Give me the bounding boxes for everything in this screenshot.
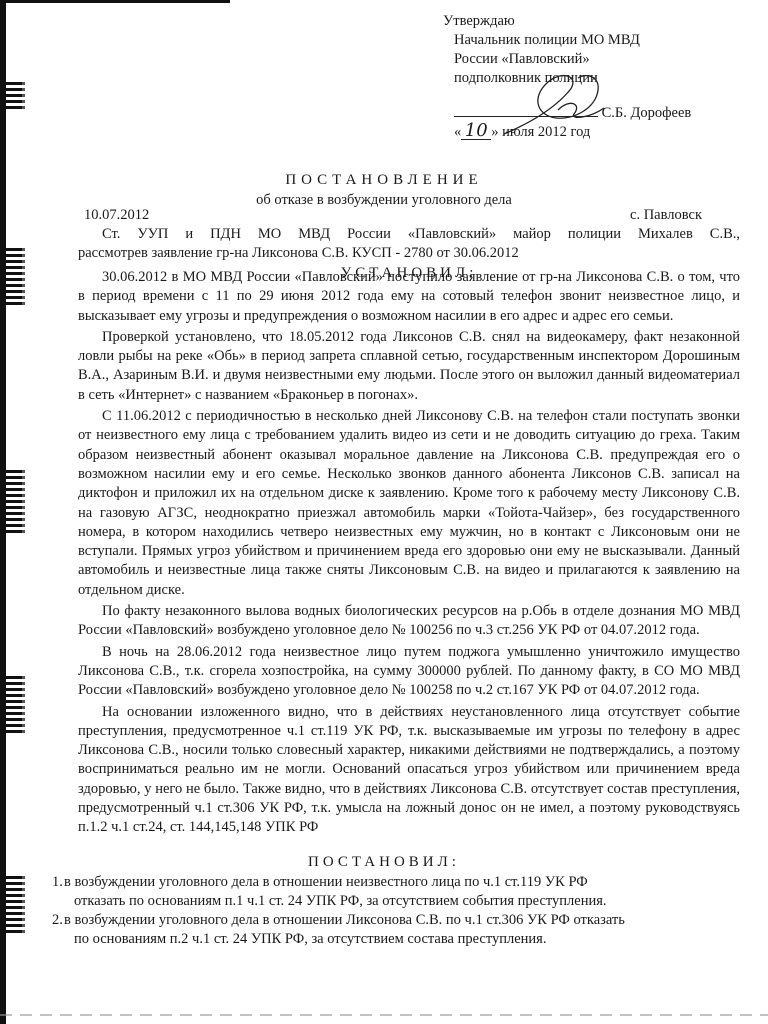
- resolved-heading: ПОСТАНОВИЛ:: [0, 854, 768, 871]
- scan-artifact: [3, 248, 25, 368]
- approval-day-handwritten: 10: [461, 123, 491, 140]
- quote-close: »: [491, 124, 498, 140]
- paragraph: Проверкой установлено, что 18.05.2012 го…: [78, 328, 740, 405]
- paragraph: По факту незаконного вылова водных биоло…: [78, 602, 740, 641]
- resolution-number: 2.: [52, 911, 64, 949]
- paragraph: С 11.06.2012 с периодичностью в нескольк…: [78, 407, 740, 600]
- document-date: 10.07.2012: [84, 207, 149, 224]
- intro-line2: рассмотрев заявление гр-на Ликсонова С.В…: [78, 244, 740, 263]
- findings-text: 30.06.2012 в МО МВД России «Павловский» …: [78, 268, 740, 838]
- paragraph: 30.06.2012 в МО МВД России «Павловский» …: [78, 268, 740, 326]
- resolution-line: в возбуждении уголовного дела в отношени…: [64, 873, 742, 892]
- paragraph: На основании изложенного видно, что в де…: [78, 703, 740, 838]
- approver-position-line2: России «Павловский»: [443, 50, 691, 69]
- approval-word: Утверждаю: [443, 12, 691, 31]
- scan-edge-top: [0, 0, 230, 3]
- scan-artifact: [3, 676, 25, 796]
- scan-artifact: [3, 470, 25, 600]
- document-title: ПОСТАНОВЛЕНИЕ: [0, 172, 768, 189]
- date-place-row: 10.07.2012 с. Павловск: [84, 207, 702, 224]
- resolution-line: в возбуждении уголовного дела в отношени…: [64, 911, 742, 930]
- document-place: с. Павловск: [630, 207, 702, 224]
- scan-artifact: [3, 876, 25, 996]
- scan-artifact: [3, 82, 25, 122]
- paragraph: В ночь на 28.06.2012 года неизвестное ли…: [78, 643, 740, 701]
- intro-line1: Ст. УУП и ПДН МО МВД России «Павловский»…: [78, 225, 740, 244]
- resolution-item: 2. в возбуждении уголовного дела в отнош…: [52, 911, 742, 949]
- resolution-line: отказать по основаниям п.1 ч.1 ст. 24 УП…: [64, 892, 742, 911]
- scan-artifact-bottom: [0, 1014, 768, 1016]
- resolution-item: 1. в возбуждении уголовного дела в отнош…: [52, 873, 742, 911]
- quote-open: «: [454, 124, 461, 140]
- resolution-list: 1. в возбуждении уголовного дела в отнош…: [52, 873, 742, 949]
- signer-name: С.Б. Дорофеев: [602, 105, 692, 121]
- handwritten-signature-icon: [500, 68, 610, 138]
- resolution-line: по основаниям п.2 ч.1 ст. 24 УПК РФ, за …: [64, 930, 742, 949]
- resolution-number: 1.: [52, 873, 64, 911]
- approver-position-line1: Начальник полиции МО МВД: [443, 31, 691, 50]
